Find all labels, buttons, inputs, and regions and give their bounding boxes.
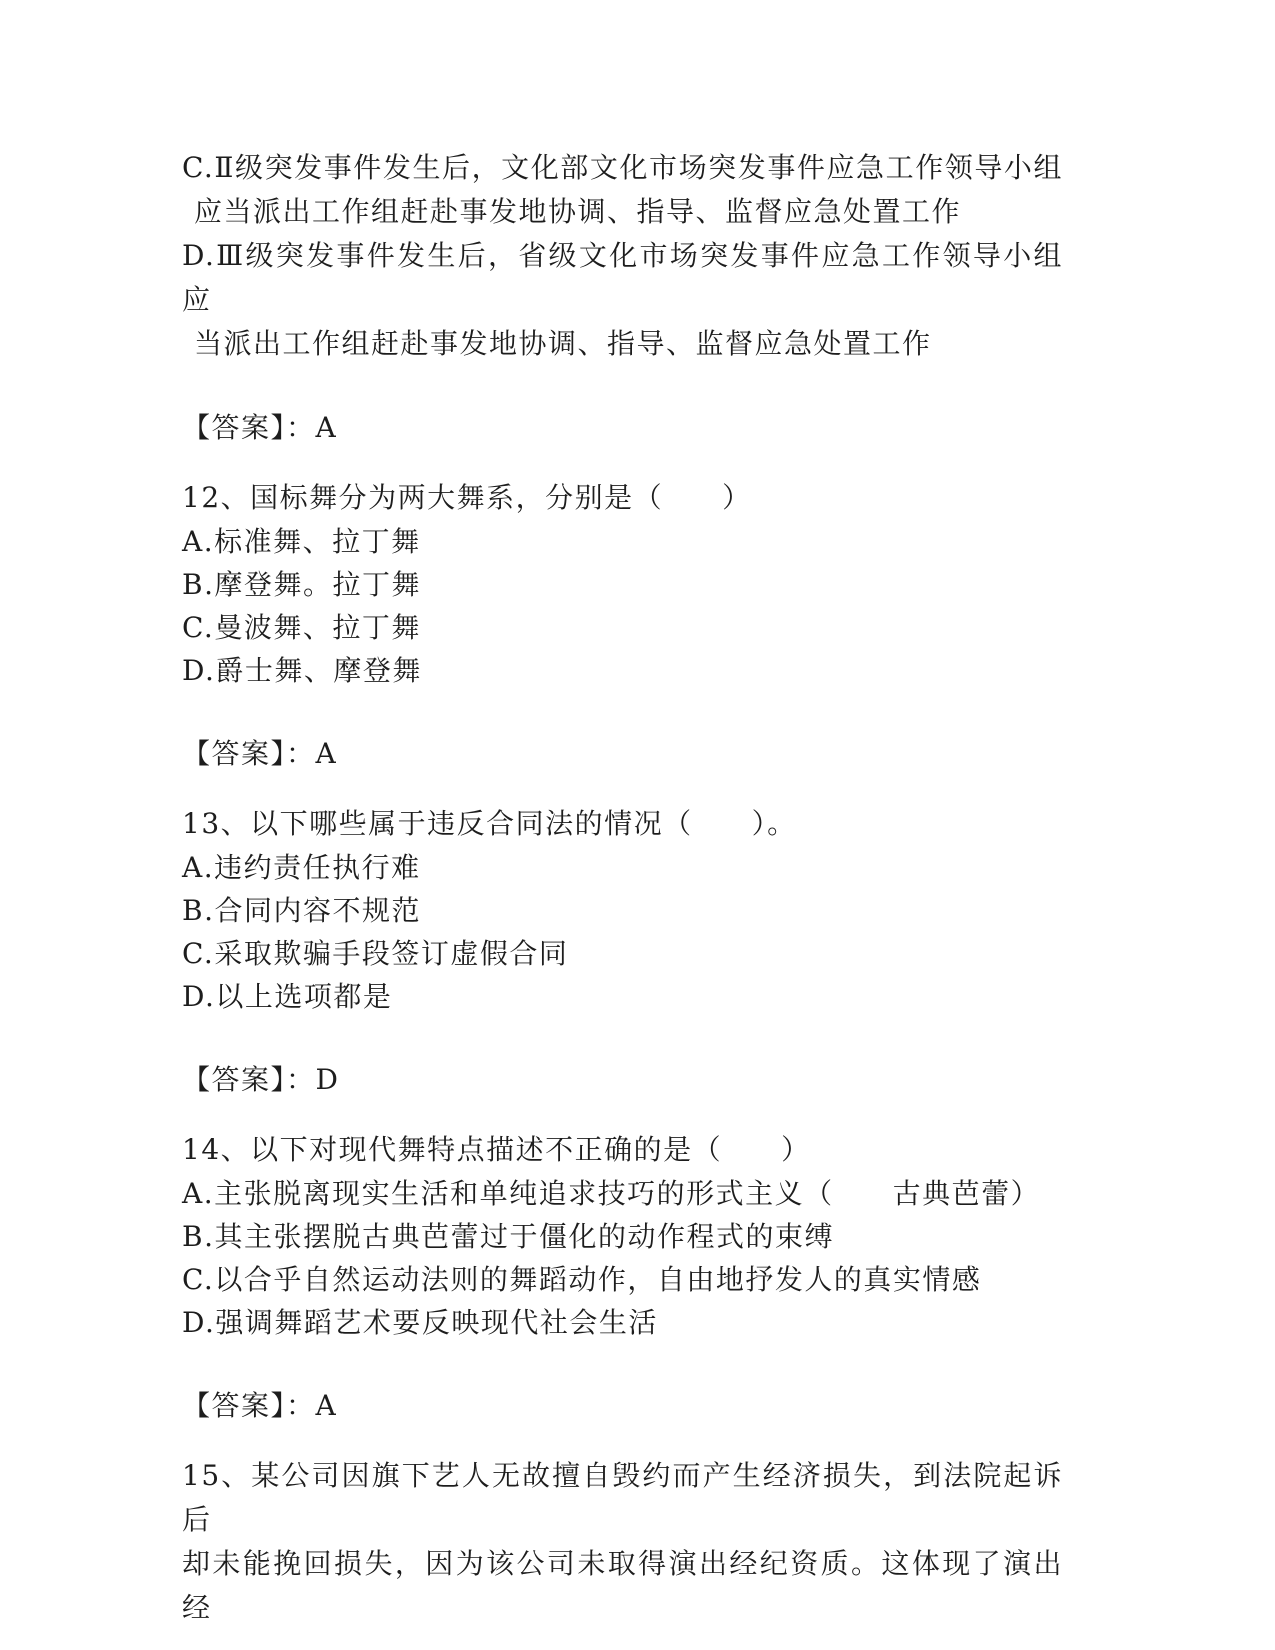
question-13-stem: 13、以下哪些属于违反合同法的情况（ ）。 [182, 802, 1063, 846]
exam-document: C.Ⅱ级突发事件发生后，文化部文化市场突发事件应急工作领导小组 应当派出工作组赶… [182, 146, 1063, 1630]
question-12-option-a: A.标准舞、拉丁舞 [182, 520, 1063, 563]
question-13-option-c: C.采取欺骗手段签订虚假合同 [182, 932, 1063, 975]
question-14-answer: 【答案】：A [182, 1384, 1063, 1428]
question-13-option-d: D.以上选项都是 [182, 975, 1063, 1018]
question-14-block: 14、以下对现代舞特点描述不正确的是（ ） A.主张脱离现实生活和单纯追求技巧的… [182, 1128, 1063, 1428]
question-11-option-c-line-2: 应当派出工作组赶赴事发地协调、指导、监督应急处置工作 [194, 190, 1063, 234]
question-15-block: 15、某公司因旗下艺人无故擅自毁约而产生经济损失，到法院起诉后 却未能挽回损失，… [182, 1454, 1063, 1630]
question-15-stem-line-1: 15、某公司因旗下艺人无故擅自毁约而产生经济损失，到法院起诉后 [182, 1454, 1063, 1542]
question-11-answer: 【答案】：A [182, 406, 1063, 450]
question-12-block: 12、国标舞分为两大舞系，分别是（ ） A.标准舞、拉丁舞 B.摩登舞。拉丁舞 … [182, 476, 1063, 776]
question-14-option-c: C.以合乎自然运动法则的舞蹈动作，自由地抒发人的真实情感 [182, 1258, 1063, 1301]
question-11-block: C.Ⅱ级突发事件发生后，文化部文化市场突发事件应急工作领导小组 应当派出工作组赶… [182, 146, 1063, 450]
question-12-option-d: D.爵士舞、摩登舞 [182, 649, 1063, 692]
question-12-option-c: C.曼波舞、拉丁舞 [182, 606, 1063, 649]
question-14-option-b: B.其主张摆脱古典芭蕾过于僵化的动作程式的束缚 [182, 1215, 1063, 1258]
question-12-stem: 12、国标舞分为两大舞系，分别是（ ） [182, 476, 1063, 520]
question-14-stem: 14、以下对现代舞特点描述不正确的是（ ） [182, 1128, 1063, 1172]
question-12-answer: 【答案】：A [182, 732, 1063, 776]
question-11-option-c-line-1: C.Ⅱ级突发事件发生后，文化部文化市场突发事件应急工作领导小组 [182, 146, 1063, 190]
question-14-option-a: A.主张脱离现实生活和单纯追求技巧的形式主义（ 古典芭蕾） [182, 1172, 1063, 1215]
page: { "document": { "q11": { "option_c_line1… [0, 0, 1275, 1650]
question-13-block: 13、以下哪些属于违反合同法的情况（ ）。 A.违约责任执行难 B.合同内容不规… [182, 802, 1063, 1102]
question-12-option-b: B.摩登舞。拉丁舞 [182, 563, 1063, 606]
question-11-option-d-line-2: 当派出工作组赶赴事发地协调、指导、监督应急处置工作 [194, 322, 1063, 366]
question-15-stem-line-2: 却未能挽回损失，因为该公司未取得演出经纪资质。这体现了演出经 [182, 1542, 1063, 1630]
question-11-option-d-line-1: D.Ⅲ级突发事件发生后，省级文化市场突发事件应急工作领导小组应 [182, 234, 1063, 322]
question-13-answer: 【答案】：D [182, 1058, 1063, 1102]
question-13-option-b: B.合同内容不规范 [182, 889, 1063, 932]
question-14-option-d: D.强调舞蹈艺术要反映现代社会生活 [182, 1301, 1063, 1344]
question-13-option-a: A.违约责任执行难 [182, 846, 1063, 889]
